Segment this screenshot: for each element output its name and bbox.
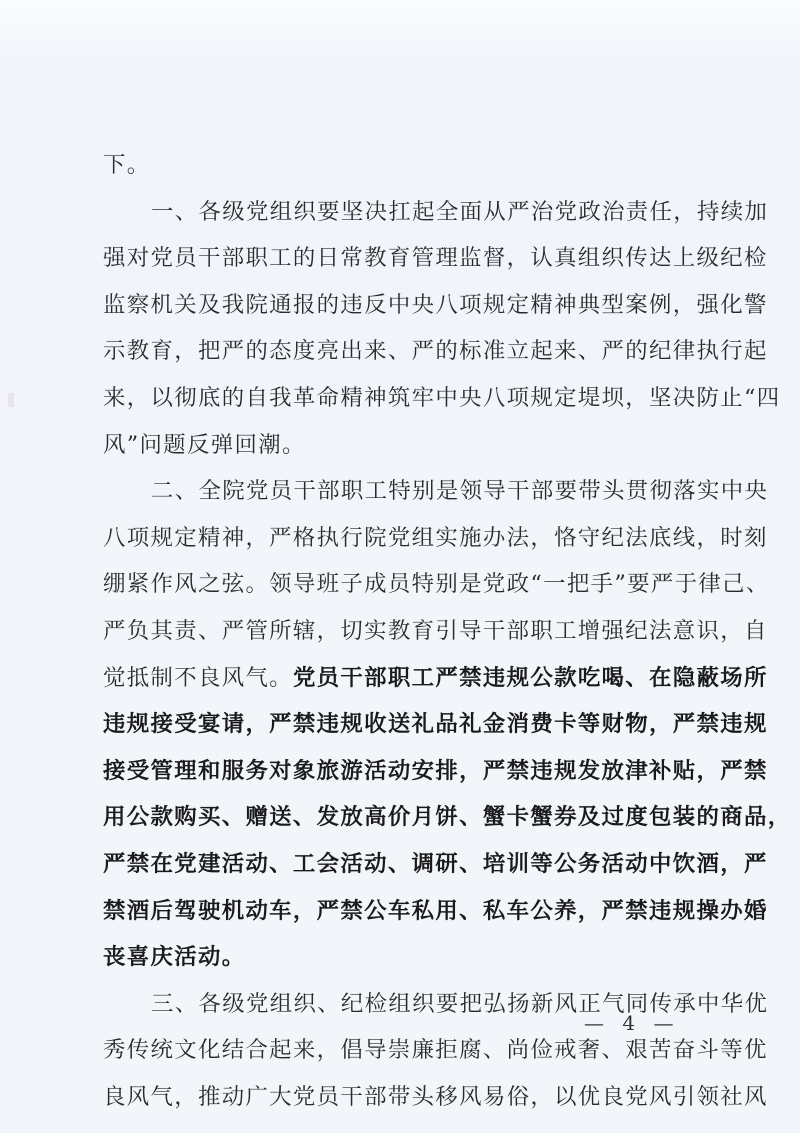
text-segment: 来，以彻底的自我革命精神筑牢中央八项规定堤坝，坚决防止“四 bbox=[103, 385, 781, 411]
text-segment: 八项规定精神，严格执行院党组实施办法，恪守纪法底线，时刻 bbox=[103, 525, 768, 551]
text-segment: 强对党员干部职工的日常教育管理监督，认真组织传达上级纪检 bbox=[103, 245, 768, 271]
text-line: 八项规定精神，严格执行院党组实施办法，恪守纪法底线，时刻 bbox=[103, 515, 703, 562]
text-line: 下。 bbox=[103, 142, 703, 189]
text-segment: 绷紧作风之弦。领导班子成员特别是党政“一把手”要严于律己、 bbox=[103, 571, 770, 597]
paragraph-1-start: 一、各级党组织要坚决扛起全面从严治党政治责任，持续加 bbox=[103, 189, 703, 236]
text-line: 绷紧作风之弦。领导班子成员特别是党政“一把手”要严于律己、 bbox=[103, 561, 703, 608]
page-number: — 4 — bbox=[584, 1008, 679, 1038]
text-segment: 严负其责、严管所辖，切实教育引导干部职工增强纪法意识，自 bbox=[103, 618, 768, 644]
text-line: 严负其责、严管所辖，切实教育引导干部职工增强纪法意识，自 bbox=[103, 608, 703, 655]
bold-text-segment: 严禁在党建活动、工会活动、调研、培训等公务活动中饮酒，严 bbox=[103, 851, 768, 877]
bold-text-line: 禁酒后驾驶机动车，严禁公车私用、私车公养，严禁违规操办婚 bbox=[103, 888, 703, 935]
text-line: 示教育，把严的态度亮出来、严的标准立起来、严的纪律执行起 bbox=[103, 328, 703, 375]
text-segment: 下。 bbox=[103, 152, 150, 178]
text-line: 来，以彻底的自我革命精神筑牢中央八项规定堤坝，坚决防止“四 bbox=[103, 375, 703, 422]
text-line: 良风气，推动广大党员干部带头移风易俗，以优良党风引领社风 bbox=[103, 1074, 703, 1121]
text-segment: 良风气，推动广大党员干部带头移风易俗，以优良党风引领社风 bbox=[103, 1084, 768, 1110]
bold-text-line: 用公款购买、赠送、发放高价月饼、蟹卡蟹券及过度包装的商品， bbox=[103, 794, 703, 841]
text-line: 风”问题反弹回潮。 bbox=[103, 422, 703, 469]
scan-artifact-mark bbox=[8, 393, 14, 407]
text-segment: 觉抵制不良风气。 bbox=[103, 665, 293, 691]
bold-text-line: 丧喜庆活动。 bbox=[103, 934, 703, 981]
text-line: 监察机关及我院通报的违反中央八项规定精神典型案例，强化警 bbox=[103, 282, 703, 329]
text-segment: 监察机关及我院通报的违反中央八项规定精神典型案例，强化警 bbox=[103, 292, 768, 318]
bold-text-line: 严禁在党建活动、工会活动、调研、培训等公务活动中饮酒，严 bbox=[103, 841, 703, 888]
bold-text-line: 接受管理和服务对象旅游活动安排，严禁违规发放津补贴，严禁 bbox=[103, 748, 703, 795]
bold-text-segment: 接受管理和服务对象旅游活动安排，严禁违规发放津补贴，严禁 bbox=[103, 758, 768, 784]
text-segment: 二、全院党员干部职工特别是领导干部要带头贯彻落实中央 bbox=[151, 478, 768, 504]
bold-text-segment: 违规接受宴请，严禁违规收送礼品礼金消费卡等财物，严禁违规 bbox=[103, 711, 768, 737]
paragraph-2-start: 二、全院党员干部职工特别是领导干部要带头贯彻落实中央 bbox=[103, 468, 703, 515]
text-line: 觉抵制不良风气。党员干部职工严禁违规公款吃喝、在隐蔽场所 bbox=[103, 655, 703, 702]
text-segment: 秀传统文化结合起来，倡导崇廉拒腐、尚俭戒奢、艰苦奋斗等优 bbox=[103, 1037, 768, 1063]
text-segment: 风”问题反弹回潮。 bbox=[103, 432, 306, 458]
bold-text-segment: 丧喜庆活动。 bbox=[103, 944, 245, 970]
text-segment: 示教育，把严的态度亮出来、严的标准立起来、严的纪律执行起 bbox=[103, 338, 768, 364]
document-page: 下。 一、各级党组织要坚决扛起全面从严治党政治责任，持续加 强对党员干部职工的日… bbox=[0, 0, 800, 1133]
bold-text-segment: 用公款购买、赠送、发放高价月饼、蟹卡蟹券及过度包装的商品， bbox=[103, 804, 791, 830]
bold-text-segment: 禁酒后驾驶机动车，严禁公车私用、私车公养，严禁违规操办婚 bbox=[103, 898, 768, 924]
text-line: 强对党员干部职工的日常教育管理监督，认真组织传达上级纪检 bbox=[103, 235, 703, 282]
document-body: 下。 一、各级党组织要坚决扛起全面从严治党政治责任，持续加 强对党员干部职工的日… bbox=[103, 142, 703, 1120]
text-segment: 一、各级党组织要坚决扛起全面从严治党政治责任，持续加 bbox=[151, 199, 768, 225]
bold-text-segment: 党员干部职工严禁违规公款吃喝、在隐蔽场所 bbox=[293, 665, 768, 691]
bold-text-line: 违规接受宴请，严禁违规收送礼品礼金消费卡等财物，严禁违规 bbox=[103, 701, 703, 748]
